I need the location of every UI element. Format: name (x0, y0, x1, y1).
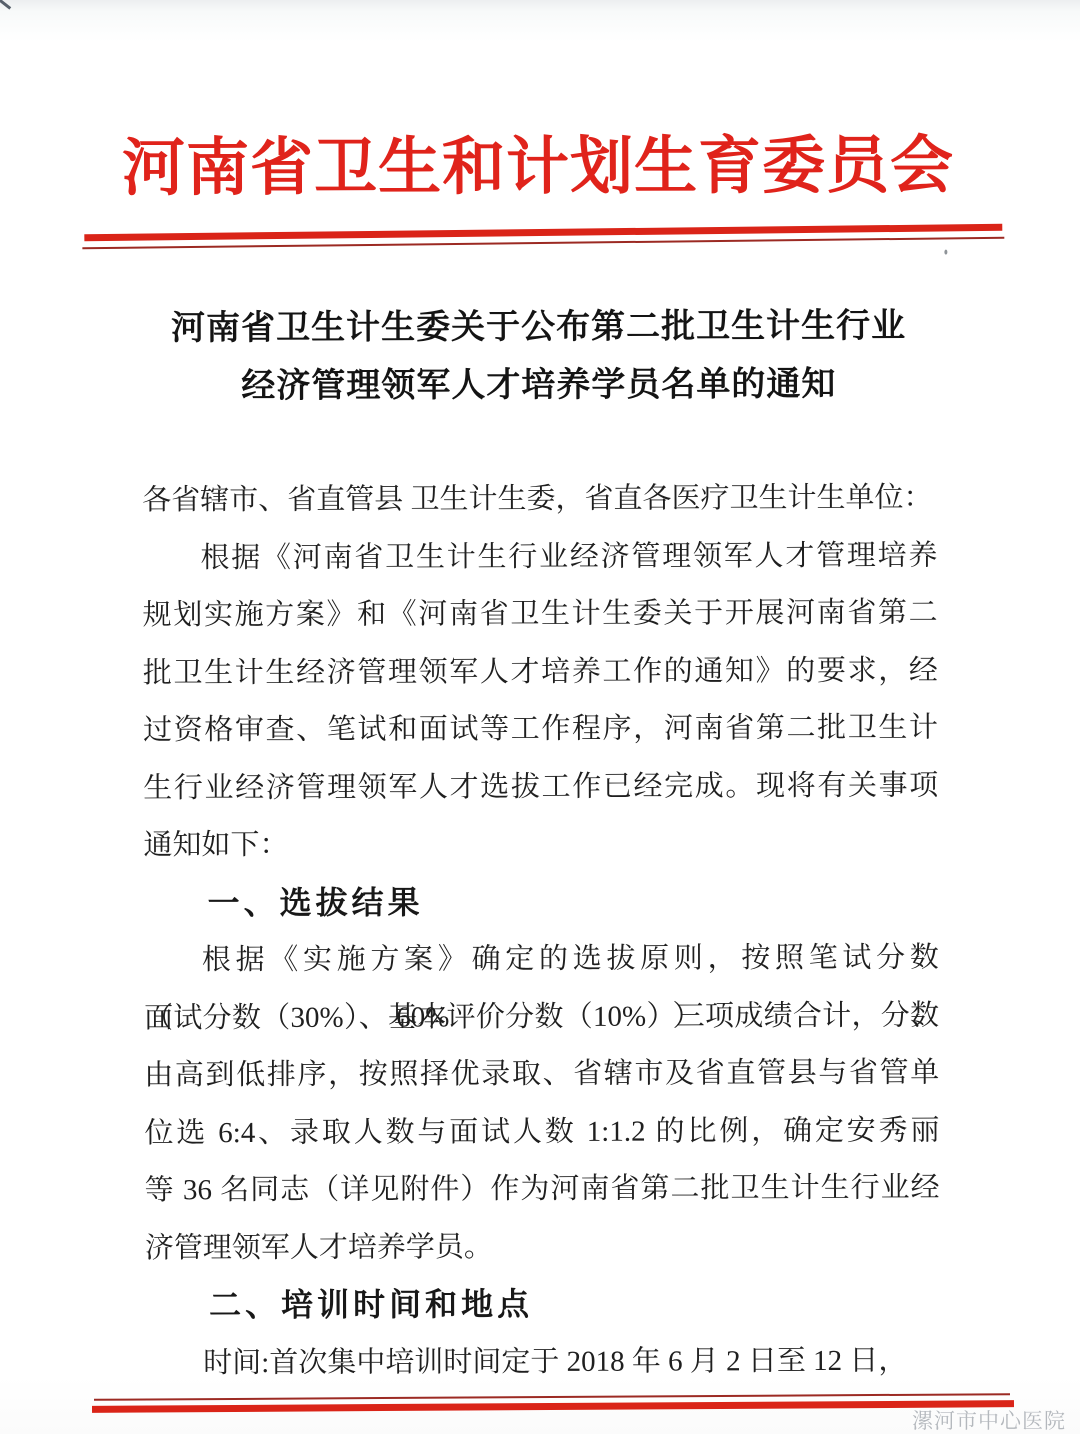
body-line: 根据《实施方案》确定的选拔原则，按照笔试分数（60%）、 (144, 930, 939, 990)
document-title-line1: 河南省卫生计生委关于公布第二批卫生计生行业 (0, 297, 1079, 359)
document-title: 河南省卫生计生委关于公布第二批卫生计生行业 经济管理领军人才培养学员名单的通知 (0, 297, 1079, 417)
body-line: 时间:首次集中培训时间定于 2018 年 6 月 2 日至 12 日， (145, 1332, 940, 1392)
document-title-line2: 经济管理领军人才培养学员名单的通知 (0, 355, 1079, 417)
body-line: 面试分数（30%）、基本评价分数（10%）三项成绩合计，分数 (144, 987, 939, 1047)
body-line: 等 36 名同志（详见附件）作为河南省第二批卫生计生行业经 (145, 1160, 940, 1220)
scan-artifact-dot (944, 250, 947, 255)
hospital-watermark: 漯河市中心医院 (912, 1405, 1066, 1434)
document-body: 各省辖市、省直管县 卫生计生委，省直各医疗卫生计生单位： 根据《河南省卫生计生行… (142, 470, 940, 1393)
section-heading-1: 一、选拔结果 (144, 872, 939, 932)
document-content: 河南省卫生和计划生育委员会 河南省卫生计生委关于公布第二批卫生计生行业 经济管理… (0, 0, 1080, 1434)
body-line: 规划实施方案》和《河南省卫生计生委关于开展河南省第二 (143, 585, 938, 645)
salutation-line: 各省辖市、省直管县 卫生计生委，省直各医疗卫生计生单位： (142, 470, 937, 530)
scanned-page-background: 河南省卫生和计划生育委员会 河南省卫生计生委关于公布第二批卫生计生行业 经济管理… (0, 0, 1080, 1434)
body-line: 批卫生计生经济管理领军人才培养工作的通知》的要求，经 (143, 642, 938, 702)
body-line: 位选 6:4、录取人数与面试人数 1:1.2 的比例，确定安秀丽 (144, 1102, 939, 1162)
agency-header-title: 河南省卫生和计划生育委员会 (0, 114, 1078, 209)
body-line: 济管理领军人才培养学员。 (145, 1217, 940, 1277)
section-heading-2: 二、培训时间和地点 (145, 1275, 940, 1335)
body-line: 生行业经济管理领军人才选拔工作已经完成。现将有关事项 (143, 757, 938, 817)
body-line: 过资格审查、笔试和面试等工作程序，河南省第二批卫生计 (143, 700, 938, 760)
body-line: 根据《河南省卫生计生行业经济管理领军人才管理培养 (142, 527, 937, 587)
body-line: 通知如下： (143, 815, 938, 875)
body-line: 由高到低排序，按照择优录取、省辖市及省直管县与省管单 (144, 1045, 939, 1105)
